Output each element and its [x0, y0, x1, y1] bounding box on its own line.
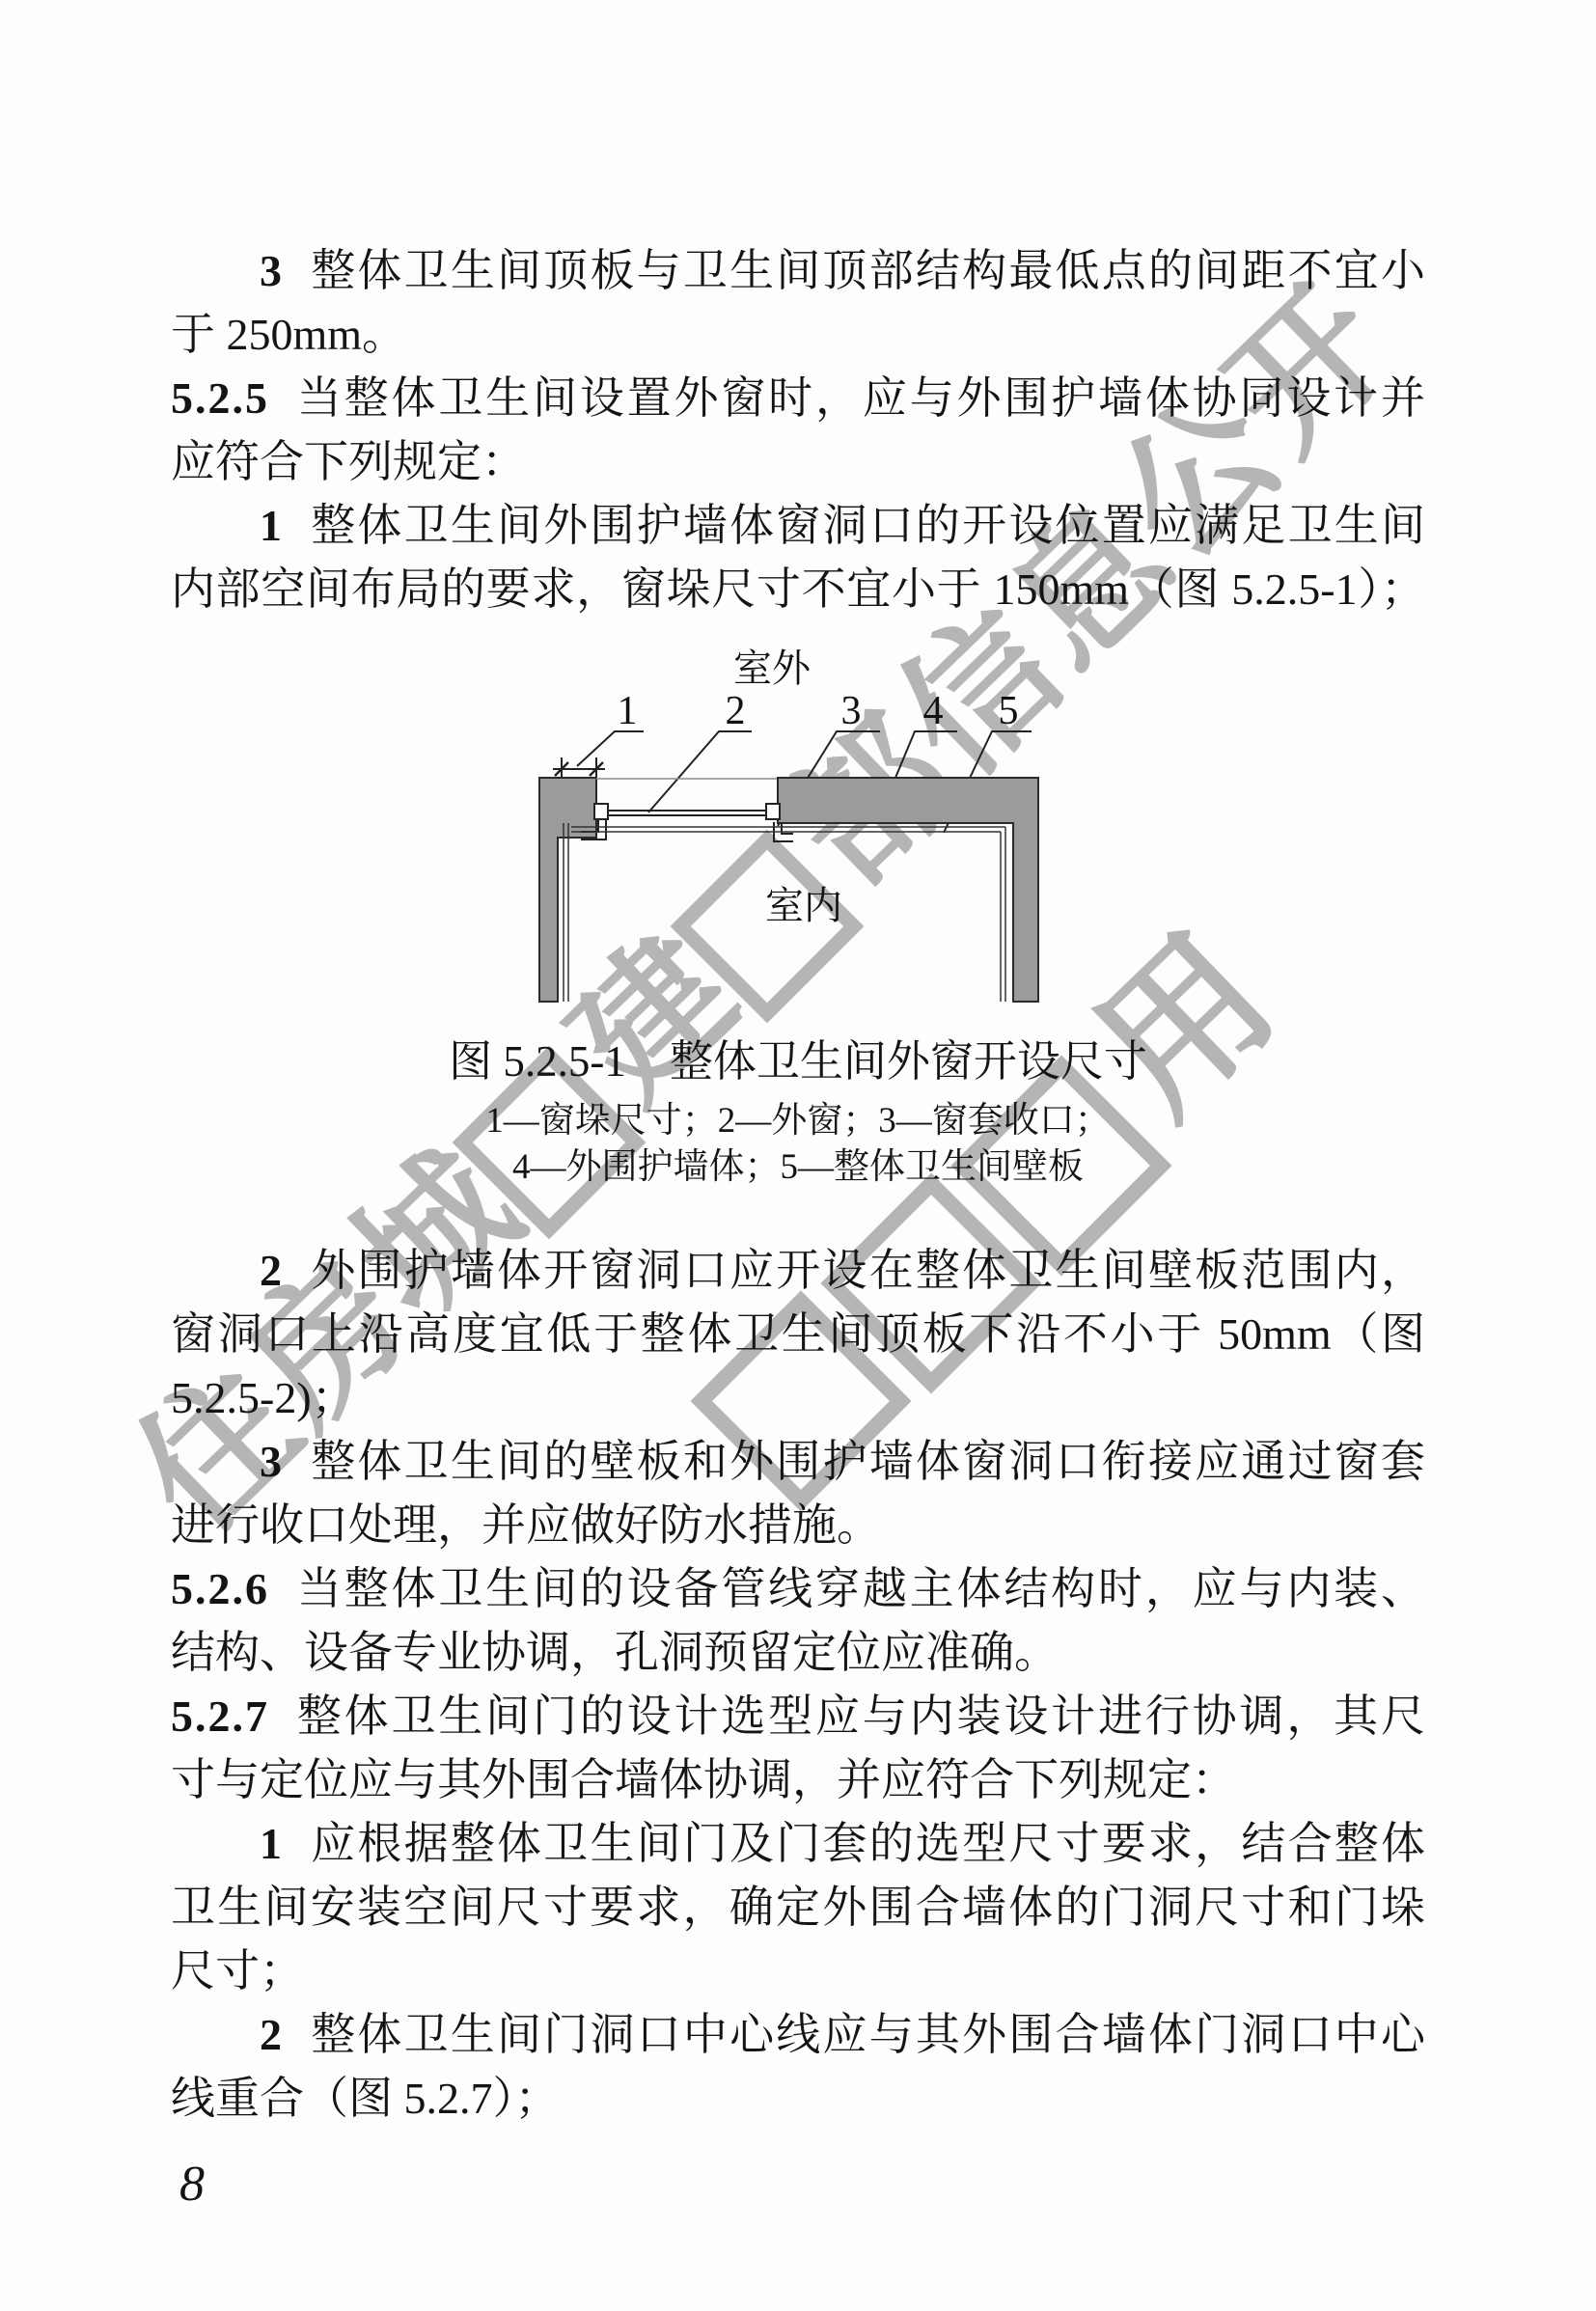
line-text: 5.2.5-2)；	[171, 1373, 356, 1422]
line-text: 当整体卫生间设置外窗时，应与外围护墙体协同设计并	[294, 373, 1425, 423]
clause-number: 5.2.6	[171, 1564, 269, 1613]
figure-callout-1: 1	[618, 689, 638, 733]
item-number: 2	[260, 1246, 284, 1295]
line-text: 窗洞口上沿高度宜低于整体卫生间顶板下沿不小于 50mm（图	[171, 1309, 1425, 1359]
body-line: 内部空间布局的要求，窗垛尺寸不宜小于 150mm（图 5.2.5-1）；	[171, 558, 1425, 621]
body-line: 应符合下列规定：	[171, 430, 1425, 494]
item-number: 1	[260, 501, 284, 550]
item-number: 2	[260, 2010, 284, 2059]
body-line: 线重合（图 5.2.7）；	[171, 2067, 1425, 2131]
leader-line-1	[577, 731, 644, 766]
leader-line-2	[648, 731, 752, 812]
line-text: 应符合下列规定：	[171, 437, 526, 486]
line-text: 整体卫生间顶板与卫生间顶部结构最低点的间距不宜小	[309, 246, 1425, 295]
body-line: 于 250mm。	[171, 303, 1425, 367]
line-text: 于 250mm。	[171, 310, 406, 359]
figure-inside-label: 室内	[765, 884, 842, 927]
line-text: 外围护墙体开窗洞口应开设在整体卫生间壁板范围内，	[309, 1246, 1425, 1295]
line-text: 寸与定位应与其外围合墙体协调，并应符合下列规定：	[171, 1755, 1236, 1804]
line-text: 尺寸；	[171, 1946, 304, 1995]
body-line: 2外围护墙体开窗洞口应开设在整体卫生间壁板范围内，	[171, 1239, 1425, 1303]
figure-5-2-5-1: 室外 1 2 3 4 5	[526, 629, 1052, 1013]
body-line: 结构、设备专业协调，孔洞预留定位应准确。	[171, 1621, 1425, 1685]
line-text: 应根据整体卫生间门及门套的选型尺寸要求，结合整体	[309, 1819, 1425, 1868]
line-text: 进行收口处理，并应做好防水措施。	[171, 1500, 881, 1550]
line-text: 卫生间安装空间尺寸要求，确定外围合墙体的门洞尺寸和门垛	[171, 1883, 1425, 1932]
line-text: 整体卫生间门的设计选型应与内装设计进行协调，其尺	[294, 1692, 1425, 1741]
body-line: 寸与定位应与其外围合墙体协调，并应符合下列规定：	[171, 1748, 1425, 1812]
page-number: 8	[179, 2156, 205, 2214]
body-line: 进行收口处理，并应做好防水措施。	[171, 1494, 1425, 1557]
text-block-bottom: 2外围护墙体开窗洞口应开设在整体卫生间壁板范围内， 窗洞口上沿高度宜低于整体卫生…	[171, 1239, 1425, 2131]
body-line: 1应根据整体卫生间门及门套的选型尺寸要求，结合整体	[171, 1812, 1425, 1876]
line-text: 线重合（图 5.2.7）；	[171, 2074, 560, 2123]
line-text: 整体卫生间门洞口中心线应与其外围合墙体门洞口中心	[309, 2010, 1425, 2059]
figure-callout-2: 2	[726, 689, 746, 733]
clause-number: 5.2.7	[171, 1692, 269, 1741]
line-text: 整体卫生间外围护墙体窗洞口的开设位置应满足卫生间	[309, 501, 1425, 550]
body-line: 窗洞口上沿高度宜低于整体卫生间顶板下沿不小于 50mm（图	[171, 1303, 1425, 1366]
body-line: 2整体卫生间门洞口中心线应与其外围合墙体门洞口中心	[171, 2003, 1425, 2067]
figure-legend-line2: 4—外围护墙体；5—整体卫生间壁板	[171, 1144, 1425, 1191]
item-number: 1	[260, 1819, 284, 1868]
item-number: 3	[260, 246, 284, 295]
body-line: 3整体卫生间顶板与卫生间顶部结构最低点的间距不宜小	[171, 239, 1425, 303]
line-text: 内部空间布局的要求，窗垛尺寸不宜小于 150mm（图 5.2.5-1）；	[171, 564, 1425, 614]
exterior-window	[594, 804, 780, 819]
clause-number: 5.2.5	[171, 373, 269, 423]
figure-caption: 图 5.2.5-1 整体卫生间外窗开设尺寸	[171, 1034, 1425, 1088]
document-page: 住 房 城 建 部 信 息 公 开 用 3整体卫生间顶板与卫生间顶部结构最低点的…	[0, 0, 1596, 2311]
line-text: 整体卫生间的壁板和外围护墙体窗洞口衔接应通过窗套	[309, 1437, 1425, 1486]
body-line: 卫生间安装空间尺寸要求，确定外围合墙体的门洞尺寸和门垛	[171, 1876, 1425, 1940]
line-text: 结构、设备专业协调，孔洞预留定位应准确。	[171, 1628, 1059, 1677]
figure-callout-3: 3	[841, 689, 862, 733]
body-line: 3整体卫生间的壁板和外围护墙体窗洞口衔接应通过窗套	[171, 1430, 1425, 1494]
body-line: 5.2.5当整体卫生间设置外窗时，应与外围护墙体协同设计并	[171, 367, 1425, 430]
body-line: 尺寸；	[171, 1940, 1425, 2003]
figure-outside-label: 室外	[733, 647, 812, 690]
text-block-top: 3整体卫生间顶板与卫生间顶部结构最低点的间距不宜小 于 250mm。 5.2.5…	[171, 239, 1425, 621]
body-line: 5.2.5-2)；	[171, 1366, 1425, 1430]
item-number: 3	[260, 1437, 284, 1486]
body-line: 5.2.6当整体卫生间的设备管线穿越主体结构时，应与内装、	[171, 1557, 1425, 1621]
body-line: 1整体卫生间外围护墙体窗洞口的开设位置应满足卫生间	[171, 494, 1425, 558]
figure-legend-line1: 1—窗垛尺寸；2—外窗；3—窗套收口；	[171, 1098, 1425, 1144]
line-text: 当整体卫生间的设备管线穿越主体结构时，应与内装、	[294, 1564, 1425, 1613]
body-line: 5.2.7整体卫生间门的设计选型应与内装设计进行协调，其尺	[171, 1685, 1425, 1748]
figure-callout-5: 5	[999, 689, 1019, 733]
figure-callout-4: 4	[923, 689, 944, 733]
